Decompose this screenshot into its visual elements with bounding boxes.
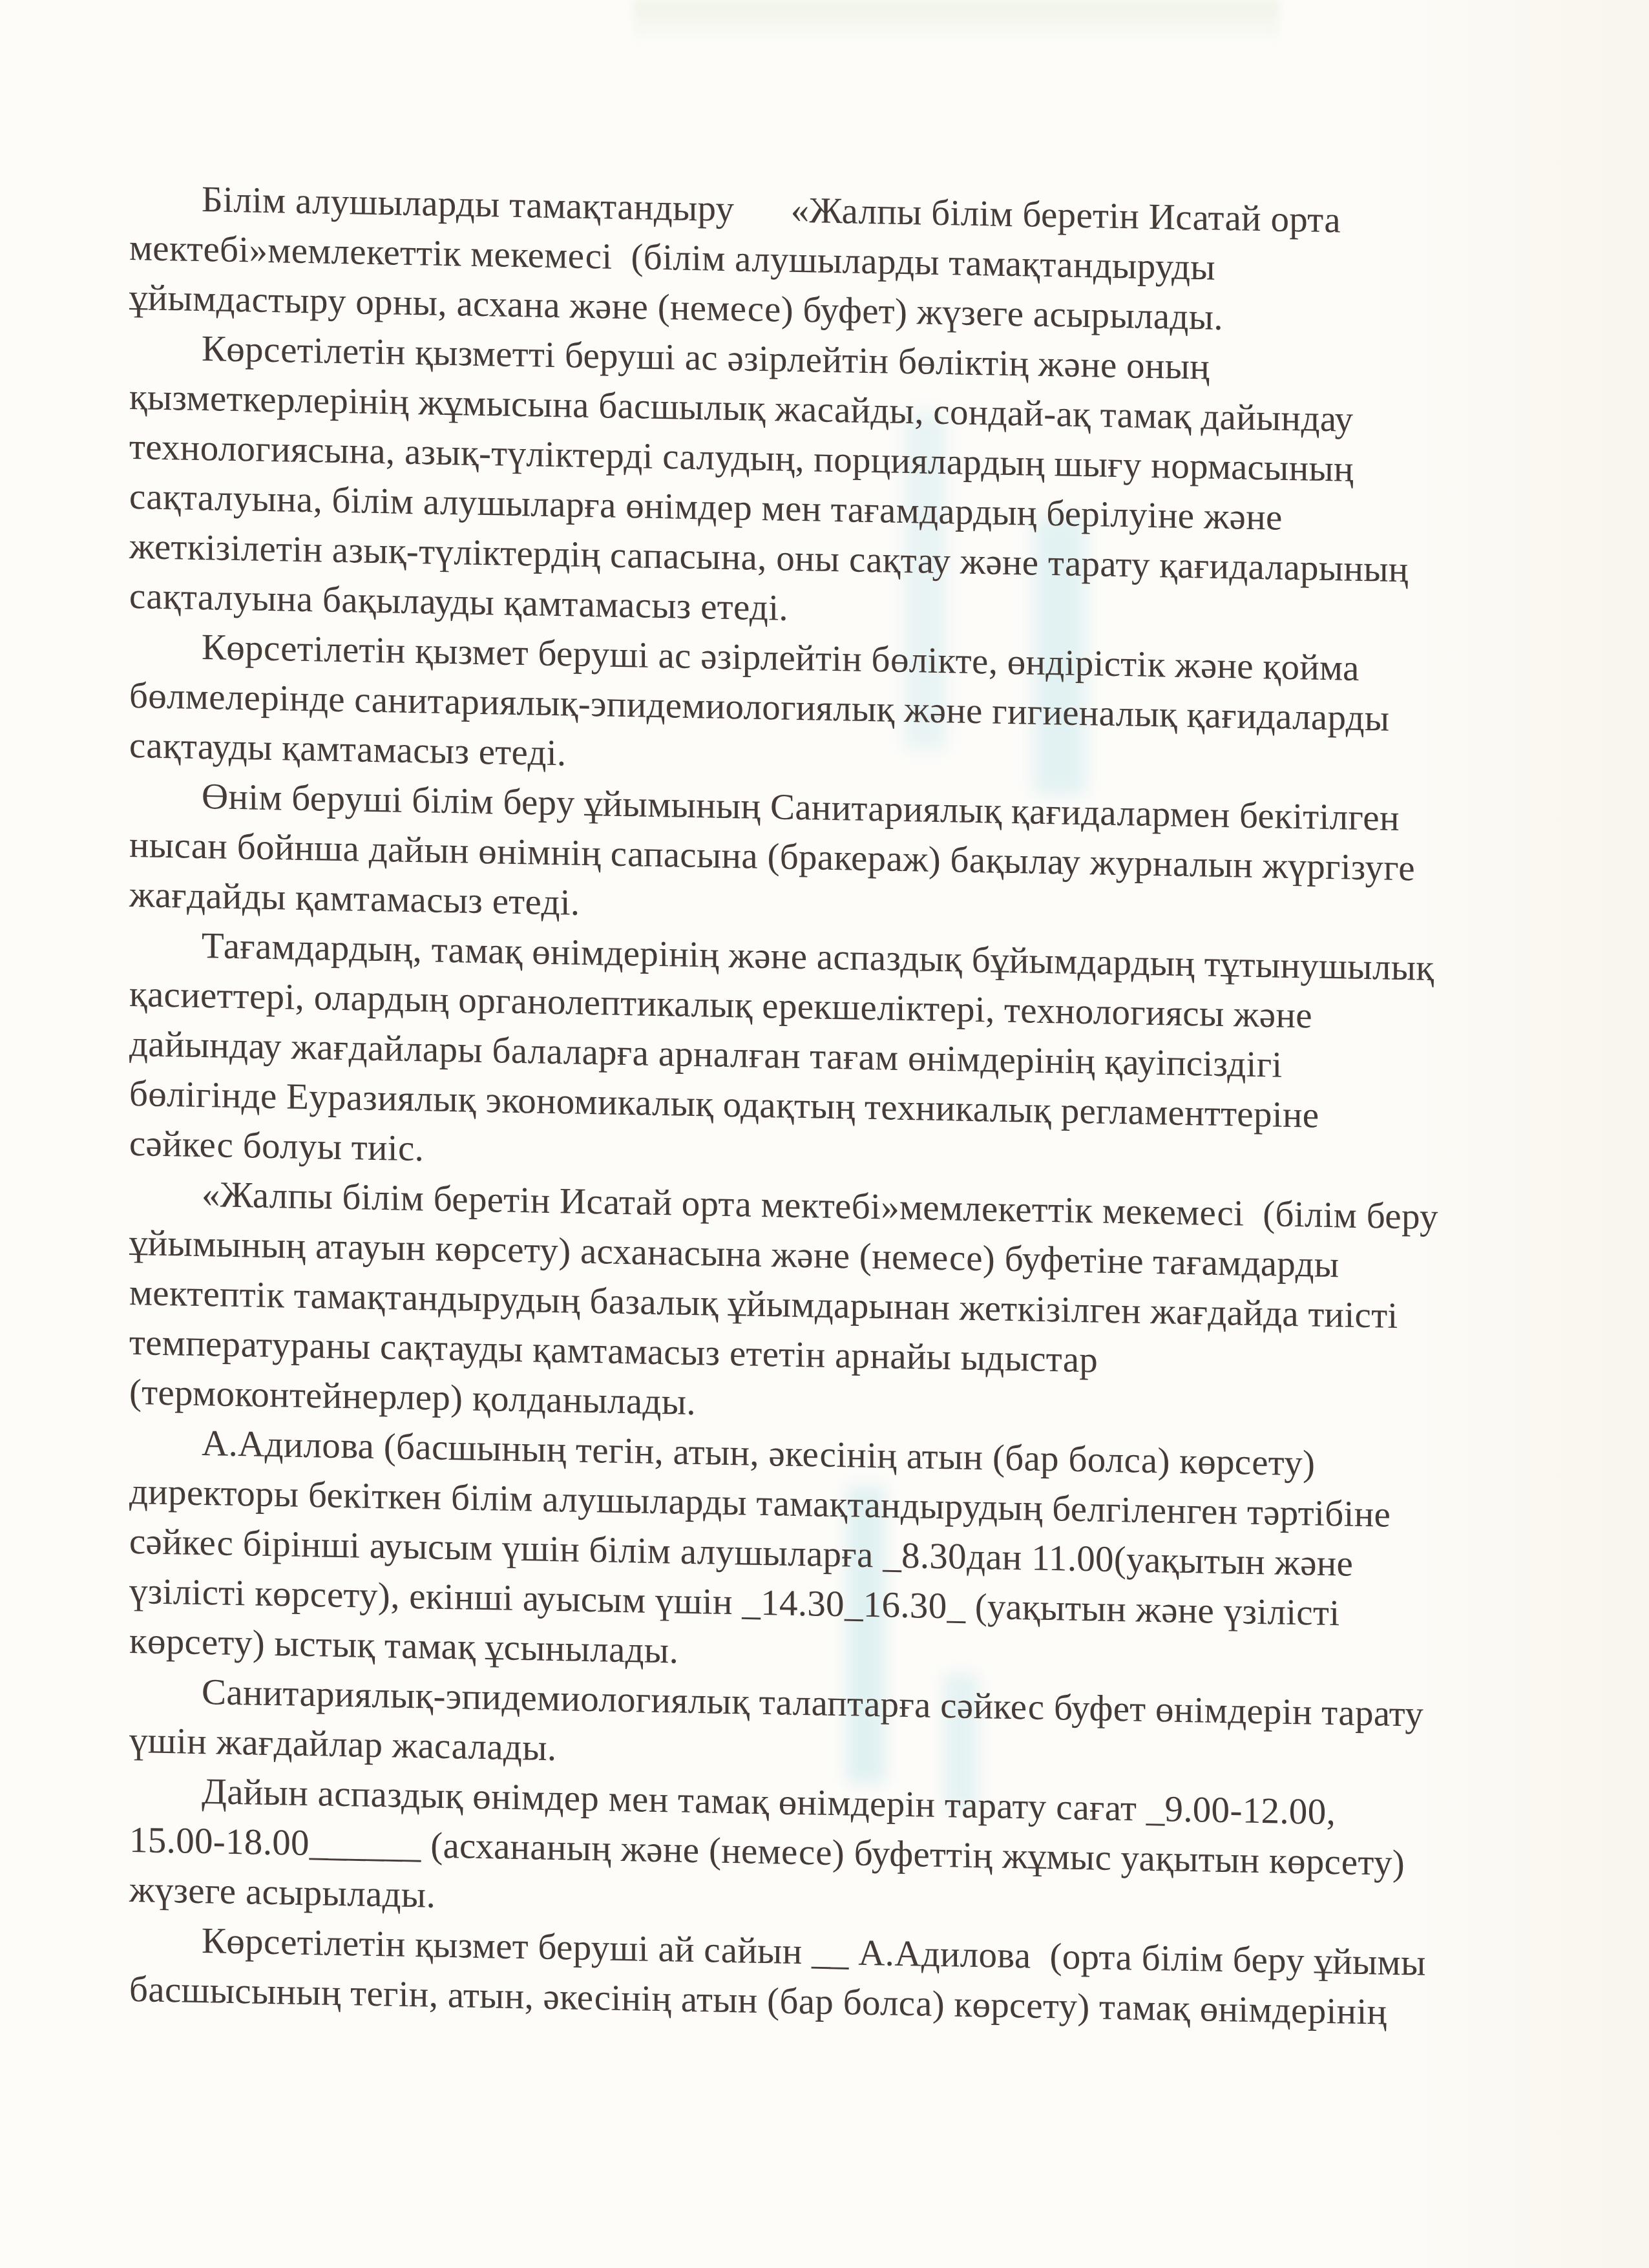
paragraph: Тағамдардың, тамақ өнімдерінің және аспа… bbox=[129, 919, 1570, 1195]
paragraph: Көрсетілетін қызмет беруші ас әзірлейтін… bbox=[129, 621, 1570, 797]
scan-artifact bbox=[633, 0, 1279, 45]
scanned-page: Білім алушыларды тамақтандыру «Жалпы біл… bbox=[0, 0, 1649, 2268]
paragraph: Дайын аспаздық өнімдер мен тамақ өнімдер… bbox=[129, 1765, 1570, 1941]
paragraph: «Жалпы білім беретін Исатай орта мектебі… bbox=[129, 1168, 1570, 1444]
document-body: Білім алушыларды тамақтандыру «Жалпы біл… bbox=[129, 173, 1570, 2041]
paragraph: Көрсетілетін қызметті беруші ас әзірлейт… bbox=[129, 322, 1570, 647]
paragraph: А.Адилова (басшының тегін, атын, әкесіні… bbox=[129, 1417, 1570, 1692]
paragraph: Білім алушыларды тамақтандыру «Жалпы біл… bbox=[129, 173, 1570, 349]
paragraph: Өнім беруші білім беру ұйымының Санитари… bbox=[129, 770, 1570, 946]
